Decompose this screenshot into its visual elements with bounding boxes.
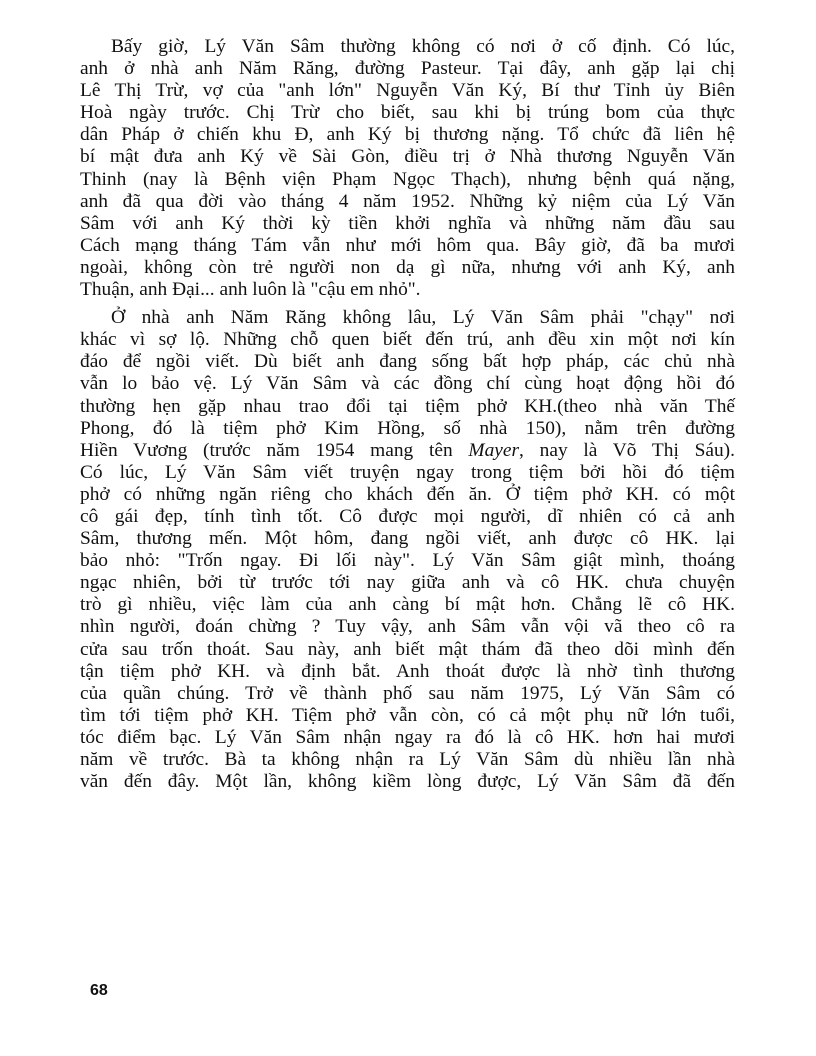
text-line: Sâm, thương mến. Một hôm, đang ngồi viết… (80, 528, 735, 550)
text-line: cô gái đẹp, tính tình tốt. Cô được mọi n… (80, 506, 735, 528)
page-body: Bấy giờ, Lý Văn Sâm thường không có nơi … (80, 36, 735, 793)
text-segment: Hiền Vương (trước năm 1954 mang tên (80, 440, 468, 461)
text-line: năm về trước. Bà ta không nhận ra Lý Văn… (80, 749, 735, 771)
text-line: tóc điểm bạc. Lý Văn Sâm nhận ngay ra đó… (80, 727, 735, 749)
text-line: khác vì sợ lộ. Những chỗ quen biết đến t… (80, 329, 735, 351)
text-line: vẫn lo bảo vệ. Lý Văn Sâm và các đồng ch… (80, 373, 735, 395)
paragraph-1: Bấy giờ, Lý Văn Sâm thường không có nơi … (80, 36, 735, 301)
text-line: tìm tới tiệm phở KH. Tiệm phở vẫn còn, c… (80, 705, 735, 727)
text-line: trò gì nhiều, việc làm của anh càng bí m… (80, 594, 735, 616)
text-line: Cách mạng tháng Tám vẫn như mới hôm qua.… (80, 235, 735, 257)
text-line: bí mật đưa anh Ký về Sài Gòn, điều trị ở… (80, 146, 735, 168)
italic-street-name: Mayer (468, 440, 519, 461)
text-line: Ở nhà anh Năm Răng không lâu, Lý Văn Sâm… (80, 307, 735, 329)
text-line: ngạc nhiên, bởi từ trước tới nay giữa an… (80, 572, 735, 594)
text-line: nhìn người, đoán chừng ? Tuy vậy, anh Sâ… (80, 616, 735, 638)
text-line: đáo để ngồi viết. Dù biết anh đang sống … (80, 351, 735, 373)
text-line: của quần chúng. Trở về thành phố sau năm… (80, 683, 735, 705)
text-line: Thuận, anh Đại... anh luôn là "cậu em nh… (80, 279, 735, 301)
text-line: Hoà ngày trước. Chị Trừ cho biết, sau kh… (80, 102, 735, 124)
text-line: anh ở nhà anh Năm Răng, đường Pasteur. T… (80, 58, 735, 80)
text-line: Lê Thị Trừ, vợ của "anh lớn" Nguyễn Văn … (80, 80, 735, 102)
text-line: ngoài, không còn trẻ người non dạ gì nữa… (80, 257, 735, 279)
page-number: 68 (90, 982, 108, 1000)
text-line: tận tiệm phở KH. và định bắt. Anh thoát … (80, 661, 735, 683)
text-line: bảo nhỏ: "Trốn ngay. Đi lối này". Lý Văn… (80, 550, 735, 572)
text-line: thường hẹn gặp nhau trao đổi tại tiệm ph… (80, 396, 735, 418)
text-line: văn đến đây. Một lần, không kiềm lòng đư… (80, 771, 735, 793)
text-line: Sâm với anh Ký thời kỳ tiền khởi nghĩa v… (80, 213, 735, 235)
text-line: anh đã qua đời vào tháng 4 năm 1952. Nhữ… (80, 191, 735, 213)
text-line: phở có những ngăn riêng cho khách đến ăn… (80, 484, 735, 506)
text-line: Bấy giờ, Lý Văn Sâm thường không có nơi … (80, 36, 735, 58)
text-line: cửa sau trốn thoát. Sau này, anh biết mậ… (80, 639, 735, 661)
text-line: dân Pháp ở chiến khu Đ, anh Ký bị thương… (80, 124, 735, 146)
text-segment: , nay là Võ Thị Sáu). (519, 440, 735, 461)
text-line: Phong, đó là tiệm phở Kim Hồng, số nhà 1… (80, 418, 735, 440)
text-line: Có lúc, Lý Văn Sâm viết truyện ngay tron… (80, 462, 735, 484)
paragraph-2: Ở nhà anh Năm Răng không lâu, Lý Văn Sâm… (80, 307, 735, 793)
text-line-with-italic: Hiền Vương (trước năm 1954 mang tên Maye… (80, 440, 735, 462)
text-line: Thinh (nay là Bệnh viện Phạm Ngọc Thạch)… (80, 169, 735, 191)
